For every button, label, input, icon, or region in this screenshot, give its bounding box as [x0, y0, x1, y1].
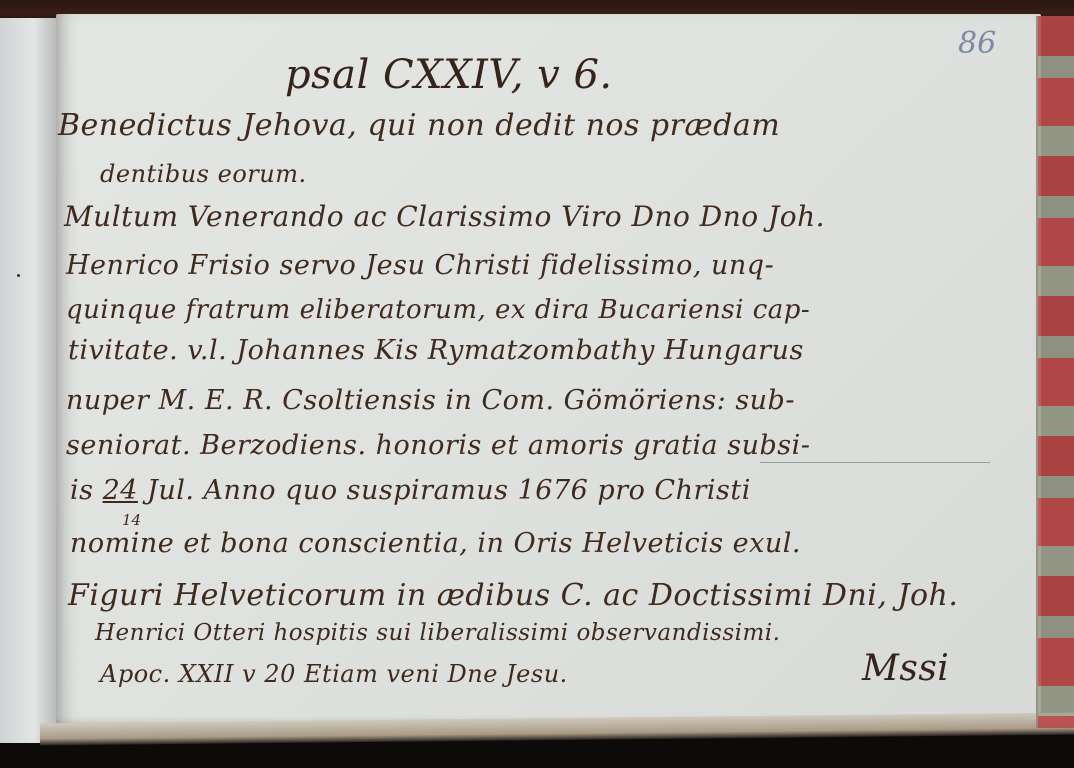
line9-suffix: Jul. Anno quo suspiramus 1676 pro Christ… — [138, 475, 751, 506]
date-day-underlined: 24 — [103, 475, 138, 506]
faint-ruled-line — [760, 462, 990, 463]
text-line-2: dentibus eorum. — [100, 160, 307, 188]
text-line-5: quinque fratrum eliberatorum, ex dira Bu… — [66, 295, 810, 325]
interlinear-note: 14 — [122, 511, 141, 529]
text-line-8: seniorat. Berzodiens. honoris et amoris … — [66, 430, 810, 461]
text-line-10: nomine et bona conscientia, in Oris Helv… — [70, 528, 801, 559]
text-line-6: tivitate. v.l. Johannes Kis Rymatzombath… — [68, 335, 804, 366]
line9-prefix: is — [70, 475, 103, 506]
text-line-11: Figuri Helveticorum in ædibus C. ac Doct… — [68, 578, 958, 613]
folio-number: 86 — [958, 26, 996, 61]
text-line-13: Apoc. XXII v 20 Etiam veni Dne Jesu. — [100, 660, 568, 688]
text-line-3: Multum Venerando ac Clarissimo Viro Dno … — [64, 200, 825, 233]
ink-dot — [17, 274, 20, 277]
text-line-4: Henrico Frisio servo Jesu Christi fideli… — [66, 250, 774, 281]
signature: Mssi — [862, 648, 949, 689]
text-line-7: nuper M. E. R. Csoltiensis in Com. Gömör… — [66, 385, 795, 416]
text-line-1: Benedictus Jehova, qui non dedit nos præ… — [58, 108, 780, 143]
red-sprinkled-fore-edge — [1036, 16, 1074, 728]
left-facing-page — [0, 18, 58, 743]
text-line-12: Henrici Otteri hospitis sui liberalissim… — [95, 620, 780, 646]
psalm-heading: psal CXXIV, v 6. — [285, 52, 613, 98]
text-line-9: is 24 Jul. Anno quo suspiramus 1676 pro … — [70, 475, 751, 506]
